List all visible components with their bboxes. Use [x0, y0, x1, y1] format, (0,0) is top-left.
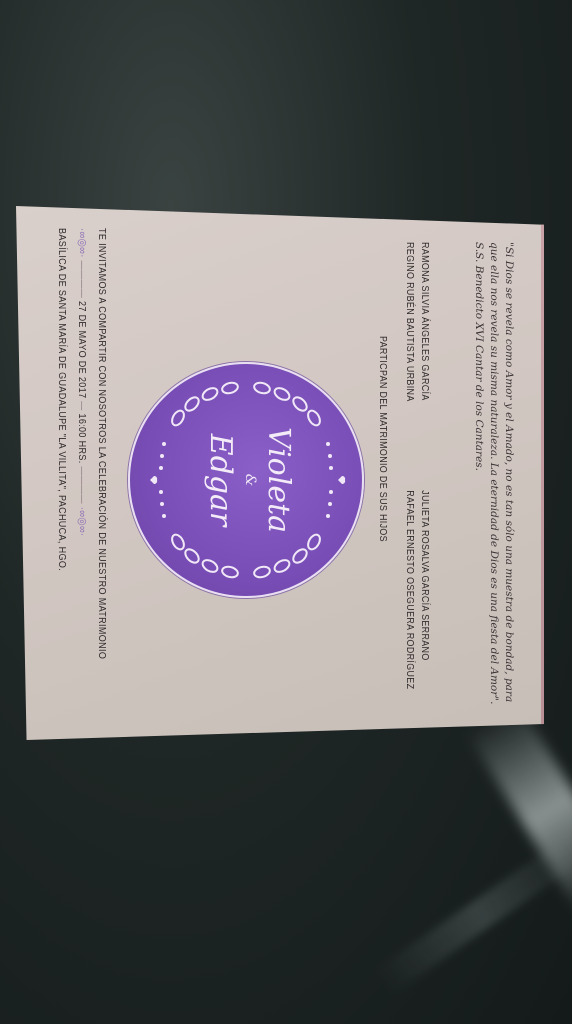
event-time: 16:00 HRS.	[76, 413, 88, 463]
groom-mother: JULIETA ROSALVA GARCÍA SERRANO	[417, 490, 432, 689]
surface-glare-secondary	[373, 834, 572, 996]
ornament-right-icon: ·∞◎∞·	[76, 507, 88, 537]
ornament-left-icon: ·∞◎∞·	[76, 228, 88, 258]
scripture-quote: "Si Dios se revela como Amor y el Amado,…	[471, 242, 516, 712]
quote-line: que ella nos revela su misma naturaleza.…	[486, 242, 501, 712]
event-date: 27 DE MAYO DE 2017	[76, 301, 88, 398]
groom-name: Edgar	[203, 364, 238, 596]
bride-mother: RAMONA SILVIA ÁNGELES GARCÍA	[417, 242, 432, 402]
groom-parents: JULIETA ROSALVA GARCÍA SERRANO RAFAEL ER…	[402, 490, 432, 689]
monogram-seal: Violeta & Edgar	[128, 362, 364, 598]
invite-text: TE INVITAMOS A COMPARTIR CON NOSOTROS LA…	[92, 228, 112, 658]
divider: ————	[76, 261, 88, 301]
divider: —	[76, 401, 88, 413]
venue: BASÍLICA DE SANTA MARÍA DE GUADALUPE "LA…	[52, 228, 72, 658]
invitation-details: TE INVITAMOS A COMPARTIR CON NOSOTROS LA…	[52, 228, 112, 728]
date-line: ·∞◎∞· ———— 27 DE MAYO DE 2017 — 16:00 HR…	[72, 228, 92, 658]
ampersand: &	[242, 364, 258, 596]
invitation-card: "Si Dios se revela como Amor y el Amado,…	[16, 206, 544, 740]
quote-source: S.S. Benedicto XVI Cantar de los Cantare…	[471, 242, 486, 712]
divider: ————	[76, 466, 88, 506]
bride-father: REGINO RUBÉN BAUTISTA URBINA	[402, 242, 417, 402]
bride-parents: RAMONA SILVIA ÁNGELES GARCÍA REGINO RUBÉ…	[402, 242, 432, 402]
participate-text: PARTICPAN DEL MATRIMONIO DE SUS HIJOS	[377, 336, 389, 542]
groom-father: RAFAEL ERNESTO OSEGUERA RODRÍGUEZ	[402, 490, 417, 689]
invitation-content: "Si Dios se revela como Amor y el Amado,…	[16, 206, 544, 740]
bride-name: Violeta	[261, 364, 296, 596]
quote-line: "Si Dios se revela como Amor y el Amado,…	[501, 242, 516, 712]
